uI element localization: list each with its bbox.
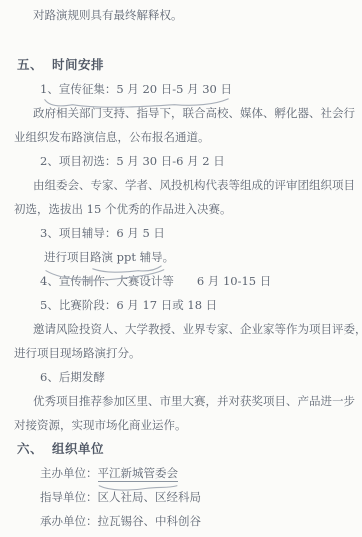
schedule-item-1-text: 1、宣传征集：5 月 20 日-5 月 30 日 — [40, 82, 232, 96]
org-host-label: 主办单位： — [40, 466, 98, 480]
item-3-note-text: 进行项目路演 ppt 辅导。 — [44, 250, 174, 264]
org-undertaker-label: 承办单位： — [40, 514, 98, 528]
paragraph-1-line-1: 政府相关部门支持、指导下，联合高校、媒体、孵化器、社会行 — [0, 101, 362, 125]
org-host-value: 平江新城管委会 — [98, 466, 179, 482]
section-time-title: 时间安排 — [52, 57, 104, 72]
section-time-number: 五、 — [17, 57, 43, 72]
section-heading-time: 五、时间安排 — [0, 53, 362, 77]
section-org-title: 组织单位 — [52, 441, 104, 456]
item-3-note-annotated: 进行项目路演 ppt 辅导。 — [44, 245, 174, 269]
closing-line: 对路演规则具有最终解释权。 — [0, 3, 362, 27]
section-heading-org: 六、组织单位 — [0, 437, 362, 461]
schedule-item-3: 3、项目辅导：6 月 5 日 — [0, 221, 362, 245]
org-guide-value: 区人社局、区经科局 — [98, 490, 202, 504]
paragraph-2-line-2: 初选，选拔出 15 个优秀的作品进入决赛。 — [0, 197, 362, 221]
org-guide-line: 指导单位：区人社局、区经科局 — [0, 485, 362, 509]
schedule-item-1: 1、宣传征集：5 月 20 日-5 月 30 日 — [0, 77, 362, 101]
org-undertaker-value: 拉瓦锡谷、中科创谷 — [98, 514, 202, 528]
section-org-number: 六、 — [17, 441, 43, 456]
schedule-item-2: 2、项目初选：5 月 30 日-6 月 2 日 — [0, 149, 362, 173]
org-undertaker-line: 承办单位：拉瓦锡谷、中科创谷 — [0, 509, 362, 533]
schedule-item-3-note: 进行项目路演 ppt 辅导。 — [0, 245, 362, 269]
schedule-item-1-annotated: 1、宣传征集：5 月 20 日-5 月 30 日 — [40, 77, 232, 101]
paragraph-6-line-1: 优秀项目推荐参加区里、市里大赛，并对获奖项目、产品进一步 — [0, 389, 362, 413]
schedule-item-5: 5、比赛阶段：6 月 17 日或 18 日 — [0, 293, 362, 317]
paragraph-5-line-1: 邀请风险投资人、大学教授、业界专家、企业家等作为项目评委， — [0, 317, 362, 341]
paragraph-1-line-2: 业组织发布路演信息，公布报名通道。 — [0, 125, 362, 149]
schedule-item-4: 4、宣传制作、大赛设计等 6 月 10-15 日 — [0, 269, 362, 293]
document-page: 对路演规则具有最终解释权。 五、时间安排 1、宣传征集：5 月 20 日-5 月… — [0, 0, 362, 537]
paragraph-6-line-2: 对接资源，实现市场化商业运作。 — [0, 413, 362, 437]
org-guide-label: 指导单位： — [40, 490, 98, 504]
org-host-line: 主办单位： 平江新城管委会 — [0, 461, 362, 485]
paragraph-5-line-2: 进行项目现场路演打分。 — [0, 341, 362, 365]
schedule-item-6: 6、后期发酵 — [0, 365, 362, 389]
paragraph-2-line-1: 由组委会、专家、学者、风投机构代表等组成的评审团组织项目 — [0, 173, 362, 197]
org-host-annotated: 平江新城管委会 — [98, 461, 179, 485]
